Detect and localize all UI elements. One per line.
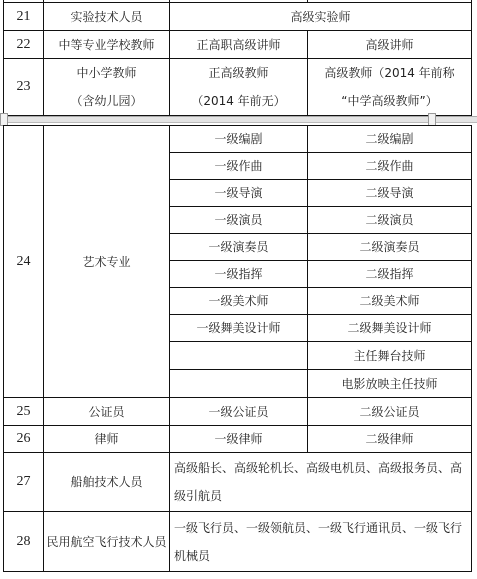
category-cell: 公证员 bbox=[44, 398, 170, 426]
merged-title-cell: 高级实验师 bbox=[170, 3, 472, 31]
sub-senior-title-cell: 二级编剧 bbox=[308, 126, 472, 153]
page-break-separator bbox=[0, 116, 477, 123]
table-row-24: 24 艺术专业 一级编剧 二级编剧 bbox=[4, 126, 472, 153]
senior-line-1: 正高级教师 bbox=[172, 59, 305, 87]
table-bottom-section: 24 艺术专业 一级编剧 二级编剧 一级作曲 二级作曲 一级导演 二级导演 一级… bbox=[3, 125, 472, 572]
category-line-1: 中小学教师 bbox=[46, 59, 167, 87]
senior-title-cell bbox=[170, 370, 308, 398]
sub-senior-line-1: 高级教师（2014 年前称 bbox=[310, 59, 469, 87]
row-number: 22 bbox=[4, 31, 44, 59]
row-number: 28 bbox=[4, 512, 44, 572]
senior-title-cell: 一级公证员 bbox=[170, 398, 308, 426]
senior-title-cell bbox=[170, 342, 308, 370]
row-number: 23 bbox=[4, 59, 44, 116]
senior-title-cell: 一级编剧 bbox=[170, 126, 308, 153]
sub-senior-title-cell: 电影放映主任技师 bbox=[308, 370, 472, 398]
category-cell: 律师 bbox=[44, 426, 170, 453]
row-number: 24 bbox=[4, 126, 44, 398]
sub-senior-title-cell: 二级指挥 bbox=[308, 261, 472, 288]
sub-senior-line-2: “中学高级教师”） bbox=[310, 87, 469, 115]
sub-senior-title-cell: 高级讲师 bbox=[308, 31, 472, 59]
sub-senior-title-cell: 二级美术师 bbox=[308, 288, 472, 315]
sub-senior-title-cell: 二级作曲 bbox=[308, 153, 472, 180]
senior-title-cell: 一级美术师 bbox=[170, 288, 308, 315]
table-row-21: 21 实验技术人员 高级实验师 bbox=[4, 3, 472, 31]
table-row-23: 23 中小学教师（含幼儿园） 正高级教师（2014 年前无） 高级教师（2014… bbox=[4, 59, 472, 116]
senior-title-cell: 一级演员 bbox=[170, 207, 308, 234]
sub-senior-title-cell: 二级演奏员 bbox=[308, 234, 472, 261]
table-row-26: 26 律师 一级律师 二级律师 bbox=[4, 426, 472, 453]
category-cell: 民用航空飞行技术人员 bbox=[44, 512, 170, 572]
category-cell: 实验技术人员 bbox=[44, 3, 170, 31]
row-number: 26 bbox=[4, 426, 44, 453]
table-row-25: 25 公证员 一级公证员 二级公证员 bbox=[4, 398, 472, 426]
category-cell: 船舶技术人员 bbox=[44, 453, 170, 512]
table-top-section: 21 实验技术人员 高级实验师 22 中等专业学校教师 正高职高级讲师 高级讲师… bbox=[3, 0, 472, 116]
senior-title-cell: 一级舞美设计师 bbox=[170, 315, 308, 342]
category-cell: 中小学教师（含幼儿园） bbox=[44, 59, 170, 116]
sub-senior-title-cell: 二级公证员 bbox=[308, 398, 472, 426]
category-cell: 中等专业学校教师 bbox=[44, 31, 170, 59]
table-row-27: 27 船舶技术人员 高级船长、高级轮机长、高级电机员、高级报务员、高级引航员 bbox=[4, 453, 472, 512]
senior-title-cell: 一级演奏员 bbox=[170, 234, 308, 261]
category-cell: 艺术专业 bbox=[44, 126, 170, 398]
sub-senior-title-cell: 二级律师 bbox=[308, 426, 472, 453]
sub-senior-title-cell: 二级导演 bbox=[308, 180, 472, 207]
category-line-2: （含幼儿园） bbox=[46, 87, 167, 115]
merged-title-cell: 高级船长、高级轮机长、高级电机员、高级报务员、高级引航员 bbox=[170, 453, 472, 512]
table-row-22: 22 中等专业学校教师 正高职高级讲师 高级讲师 bbox=[4, 31, 472, 59]
senior-line-2: （2014 年前无） bbox=[172, 87, 305, 115]
senior-title-cell: 正高级教师（2014 年前无） bbox=[170, 59, 308, 116]
row-number: 25 bbox=[4, 398, 44, 426]
row-number: 27 bbox=[4, 453, 44, 512]
sub-senior-title-cell: 主任舞台技师 bbox=[308, 342, 472, 370]
sub-senior-title-cell: 二级舞美设计师 bbox=[308, 315, 472, 342]
sub-senior-title-cell: 高级教师（2014 年前称“中学高级教师”） bbox=[308, 59, 472, 116]
senior-title-cell: 一级导演 bbox=[170, 180, 308, 207]
senior-title-cell: 正高职高级讲师 bbox=[170, 31, 308, 59]
senior-title-cell: 一级律师 bbox=[170, 426, 308, 453]
table-row-28: 28 民用航空飞行技术人员 一级飞行员、一级领航员、一级飞行通讯员、一级飞行机械… bbox=[4, 512, 472, 572]
merged-title-cell: 一级飞行员、一级领航员、一级飞行通讯员、一级飞行机械员 bbox=[170, 512, 472, 572]
row-number: 21 bbox=[4, 3, 44, 31]
senior-title-cell: 一级指挥 bbox=[170, 261, 308, 288]
senior-title-cell: 一级作曲 bbox=[170, 153, 308, 180]
sub-senior-title-cell: 二级演员 bbox=[308, 207, 472, 234]
